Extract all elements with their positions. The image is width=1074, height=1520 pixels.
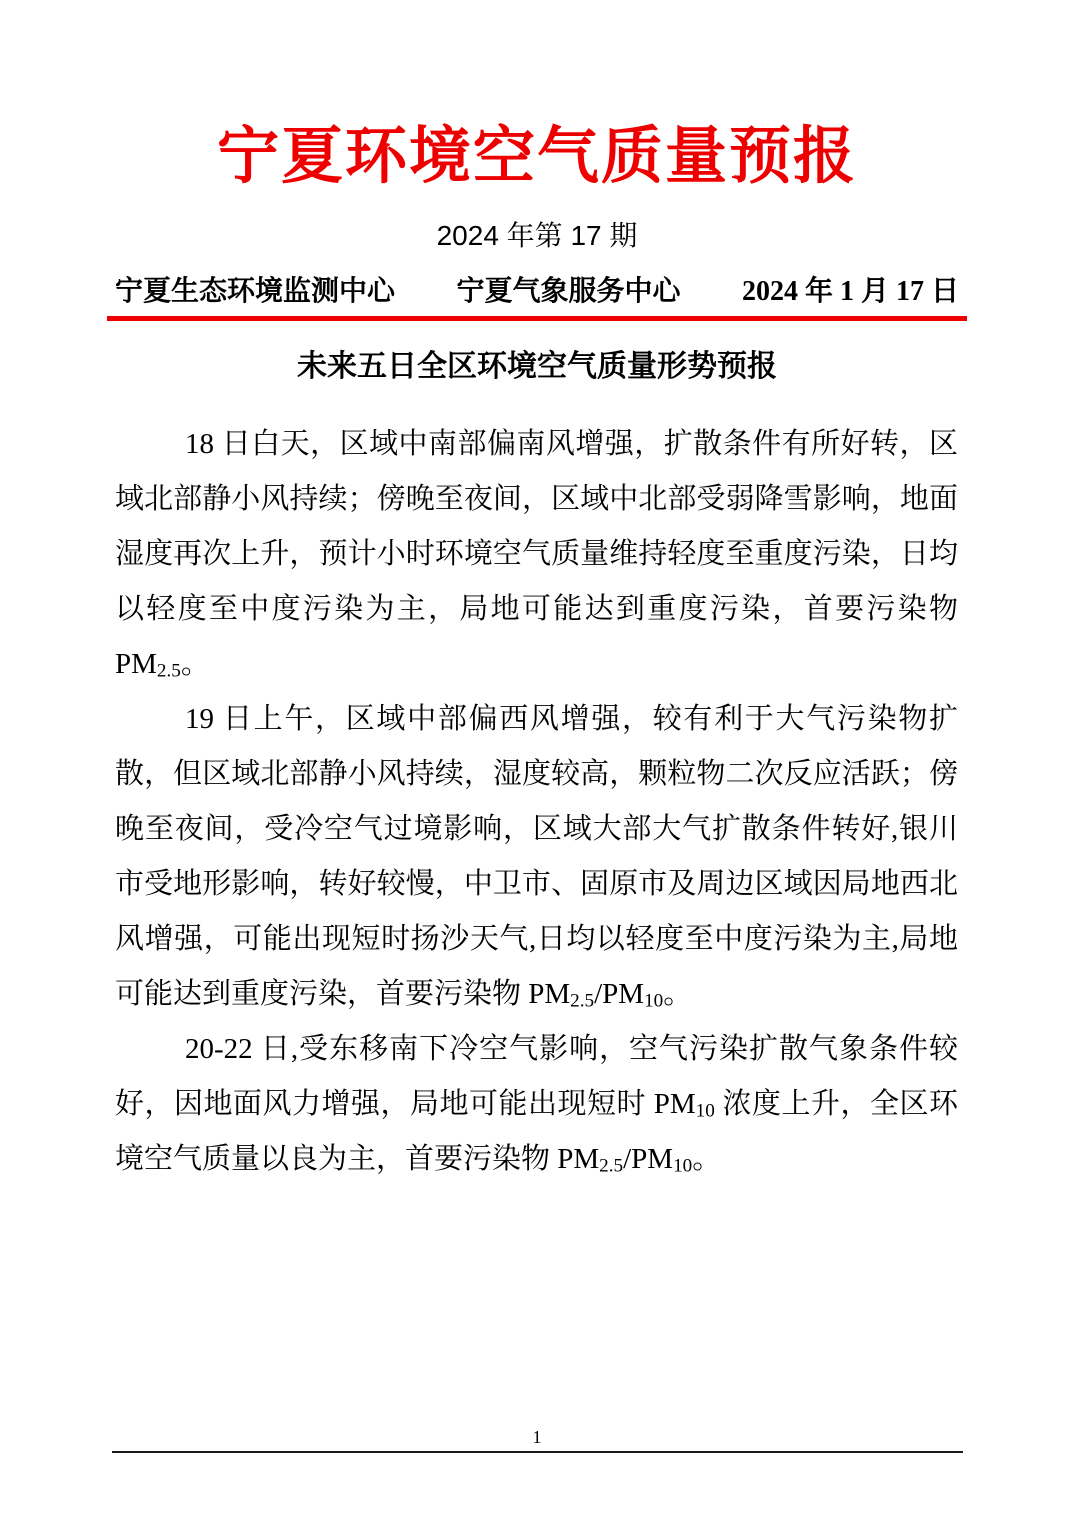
org-meteorological-center: 宁夏气象服务中心	[456, 274, 680, 310]
paragraph: 20-22 日,受东移南下冷空气影响，空气污染扩散气象条件较好，因地面风力增强，…	[115, 1022, 958, 1187]
paragraph-text: 19 日上午，区域中部偏西风增强，较有利于大气污染物扩散，但区域北部静小风持续，…	[115, 703, 958, 1010]
pollutant-subscript: 10	[644, 990, 663, 1011]
pollutant-subscript: 2.5	[570, 990, 594, 1011]
document-title: 宁夏环境空气质量预报	[0, 112, 1074, 202]
paragraph: 18 日白天，区域中南部偏南风增强，扩散条件有所好转，区域北部静小风持续；傍晚至…	[115, 417, 958, 692]
section-title: 未来五日全区环境空气质量形势预报	[115, 345, 959, 389]
paragraph-text: 。	[181, 648, 210, 680]
paragraph-text: 。	[692, 1143, 721, 1175]
document-page: 宁夏环境空气质量预报 2024 年第 17 期 宁夏生态环境监测中心 宁夏气象服…	[0, 0, 1074, 1520]
pollutant-subscript: 2.5	[157, 660, 181, 681]
footer-divider	[112, 1451, 963, 1453]
org-monitoring-center: 宁夏生态环境监测中心	[115, 274, 395, 310]
issue-number: 2024 年第 17 期	[0, 216, 1074, 256]
body-paragraphs: 18 日白天，区域中南部偏南风增强，扩散条件有所好转，区域北部静小风持续；傍晚至…	[115, 417, 958, 1187]
paragraph: 19 日上午，区域中部偏西风增强，较有利于大气污染物扩散，但区域北部静小风持续，…	[115, 692, 958, 1022]
header-date: 2024 年 1 月 17 日	[742, 274, 959, 310]
page-footer: 1	[0, 1424, 1074, 1453]
header-row: 宁夏生态环境监测中心 宁夏气象服务中心 2024 年 1 月 17 日	[115, 274, 959, 310]
paragraph-text: 18 日白天，区域中南部偏南风增强，扩散条件有所好转，区域北部静小风持续；傍晚至…	[115, 428, 958, 680]
pollutant-subscript: 10	[673, 1155, 692, 1176]
pollutant-subscript: 2.5	[599, 1155, 623, 1176]
page-number: 1	[0, 1424, 1074, 1450]
pollutant-subscript: 10	[696, 1100, 715, 1121]
red-divider	[107, 316, 967, 321]
paragraph-text: 。	[663, 978, 692, 1010]
paragraph-text: /PM	[623, 1143, 673, 1175]
paragraph-text: /PM	[594, 978, 644, 1010]
